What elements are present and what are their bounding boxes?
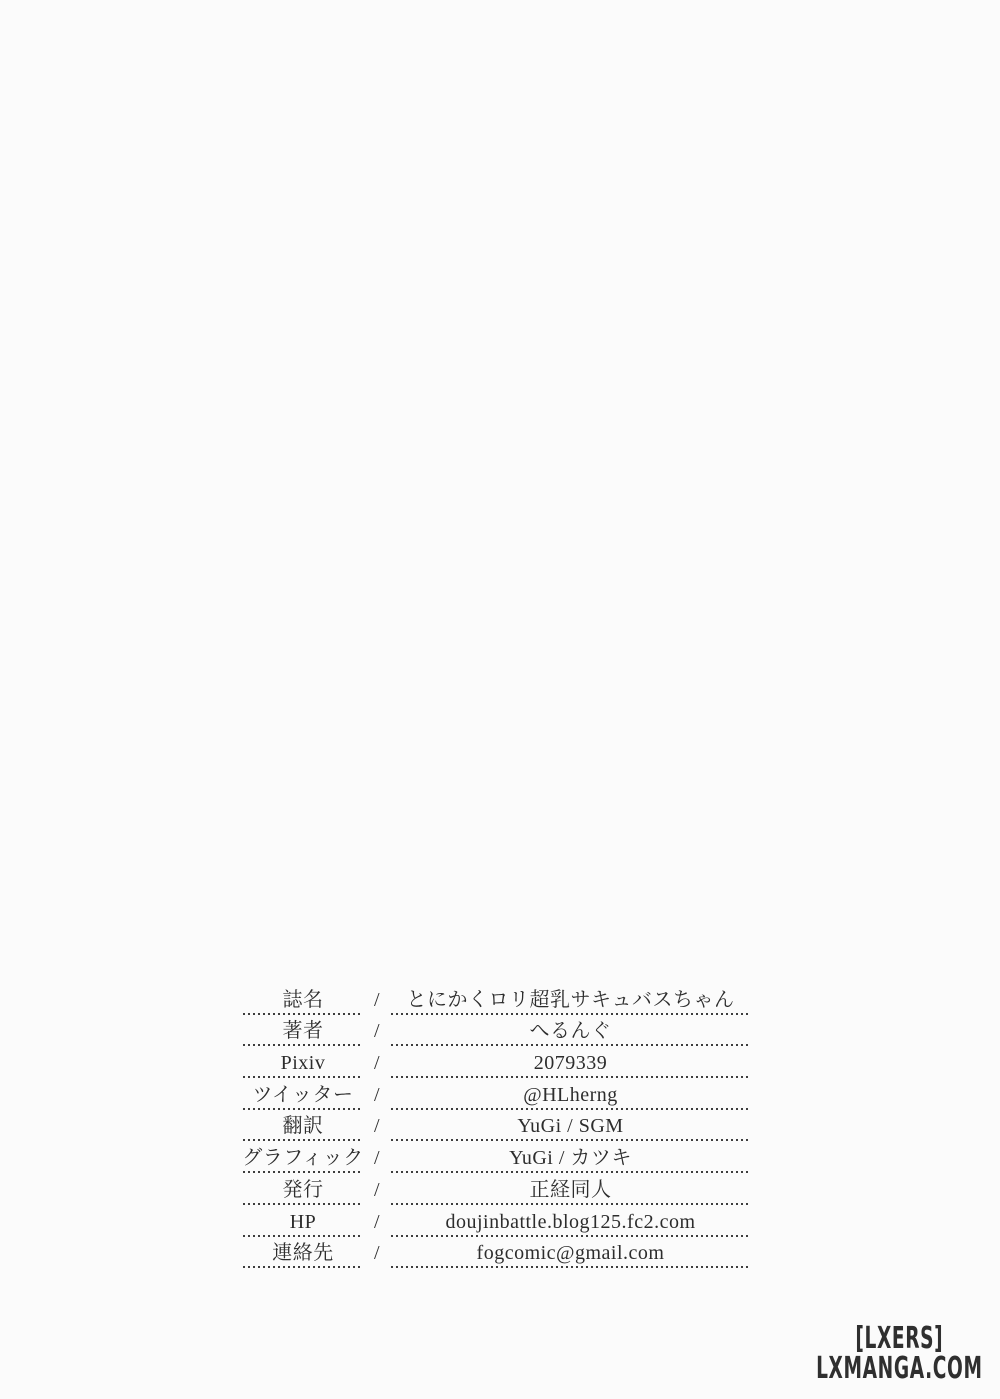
credit-row-author: 著者 / へるんぐ <box>243 1015 750 1047</box>
credit-separator: / <box>363 1141 391 1173</box>
site-watermark: [LXERS] LXMANGA.COM <box>816 1324 983 1384</box>
blank-scan-page: 誌名 / とにかくロリ超乳サキュバスちゃん 著者 / へるんぐ Pixiv / … <box>0 0 1000 1399</box>
credits-table: 誌名 / とにかくロリ超乳サキュバスちゃん 著者 / へるんぐ Pixiv / … <box>243 983 750 1268</box>
credit-label: 翻訳 <box>243 1110 363 1142</box>
credit-row-pixiv: Pixiv / 2079339 <box>243 1046 750 1078</box>
credit-separator: / <box>363 983 391 1015</box>
credit-separator: / <box>363 1015 391 1047</box>
credit-row-title: 誌名 / とにかくロリ超乳サキュバスちゃん <box>243 983 750 1015</box>
credit-value: fogcomic@gmail.com <box>391 1237 750 1269</box>
watermark-line2: LXMANGA.COM <box>816 1354 983 1384</box>
credit-value: 2079339 <box>391 1046 750 1078</box>
credit-value: @HLherng <box>391 1078 750 1110</box>
credit-value: とにかくロリ超乳サキュバスちゃん <box>391 983 750 1015</box>
credit-value: YuGi / SGM <box>391 1110 750 1142</box>
credit-row-contact: 連絡先 / fogcomic@gmail.com <box>243 1237 750 1269</box>
credit-separator: / <box>363 1046 391 1078</box>
credit-label: グラフィック <box>243 1141 363 1173</box>
credit-label: ツイッター <box>243 1078 363 1110</box>
credit-row-hp: HP / doujinbattle.blog125.fc2.com <box>243 1205 750 1237</box>
credit-row-publisher: 発行 / 正経同人 <box>243 1173 750 1205</box>
credit-separator: / <box>363 1205 391 1237</box>
credit-value: 正経同人 <box>391 1173 750 1205</box>
credit-label: 誌名 <box>243 983 363 1015</box>
credit-value: へるんぐ <box>391 1015 750 1047</box>
credit-separator: / <box>363 1237 391 1269</box>
credit-label: Pixiv <box>243 1046 363 1078</box>
credit-separator: / <box>363 1110 391 1142</box>
watermark-line1: [LXERS] <box>816 1324 983 1354</box>
credit-label: 発行 <box>243 1173 363 1205</box>
credit-row-translation: 翻訳 / YuGi / SGM <box>243 1110 750 1142</box>
credit-row-twitter: ツイッター / @HLherng <box>243 1078 750 1110</box>
credit-separator: / <box>363 1078 391 1110</box>
credit-value: YuGi / カツキ <box>391 1141 750 1173</box>
credit-label: 著者 <box>243 1015 363 1047</box>
credit-row-graphic: グラフィック / YuGi / カツキ <box>243 1141 750 1173</box>
credit-label: HP <box>243 1205 363 1237</box>
credit-value: doujinbattle.blog125.fc2.com <box>391 1205 750 1237</box>
credit-separator: / <box>363 1173 391 1205</box>
credit-label: 連絡先 <box>243 1237 363 1269</box>
